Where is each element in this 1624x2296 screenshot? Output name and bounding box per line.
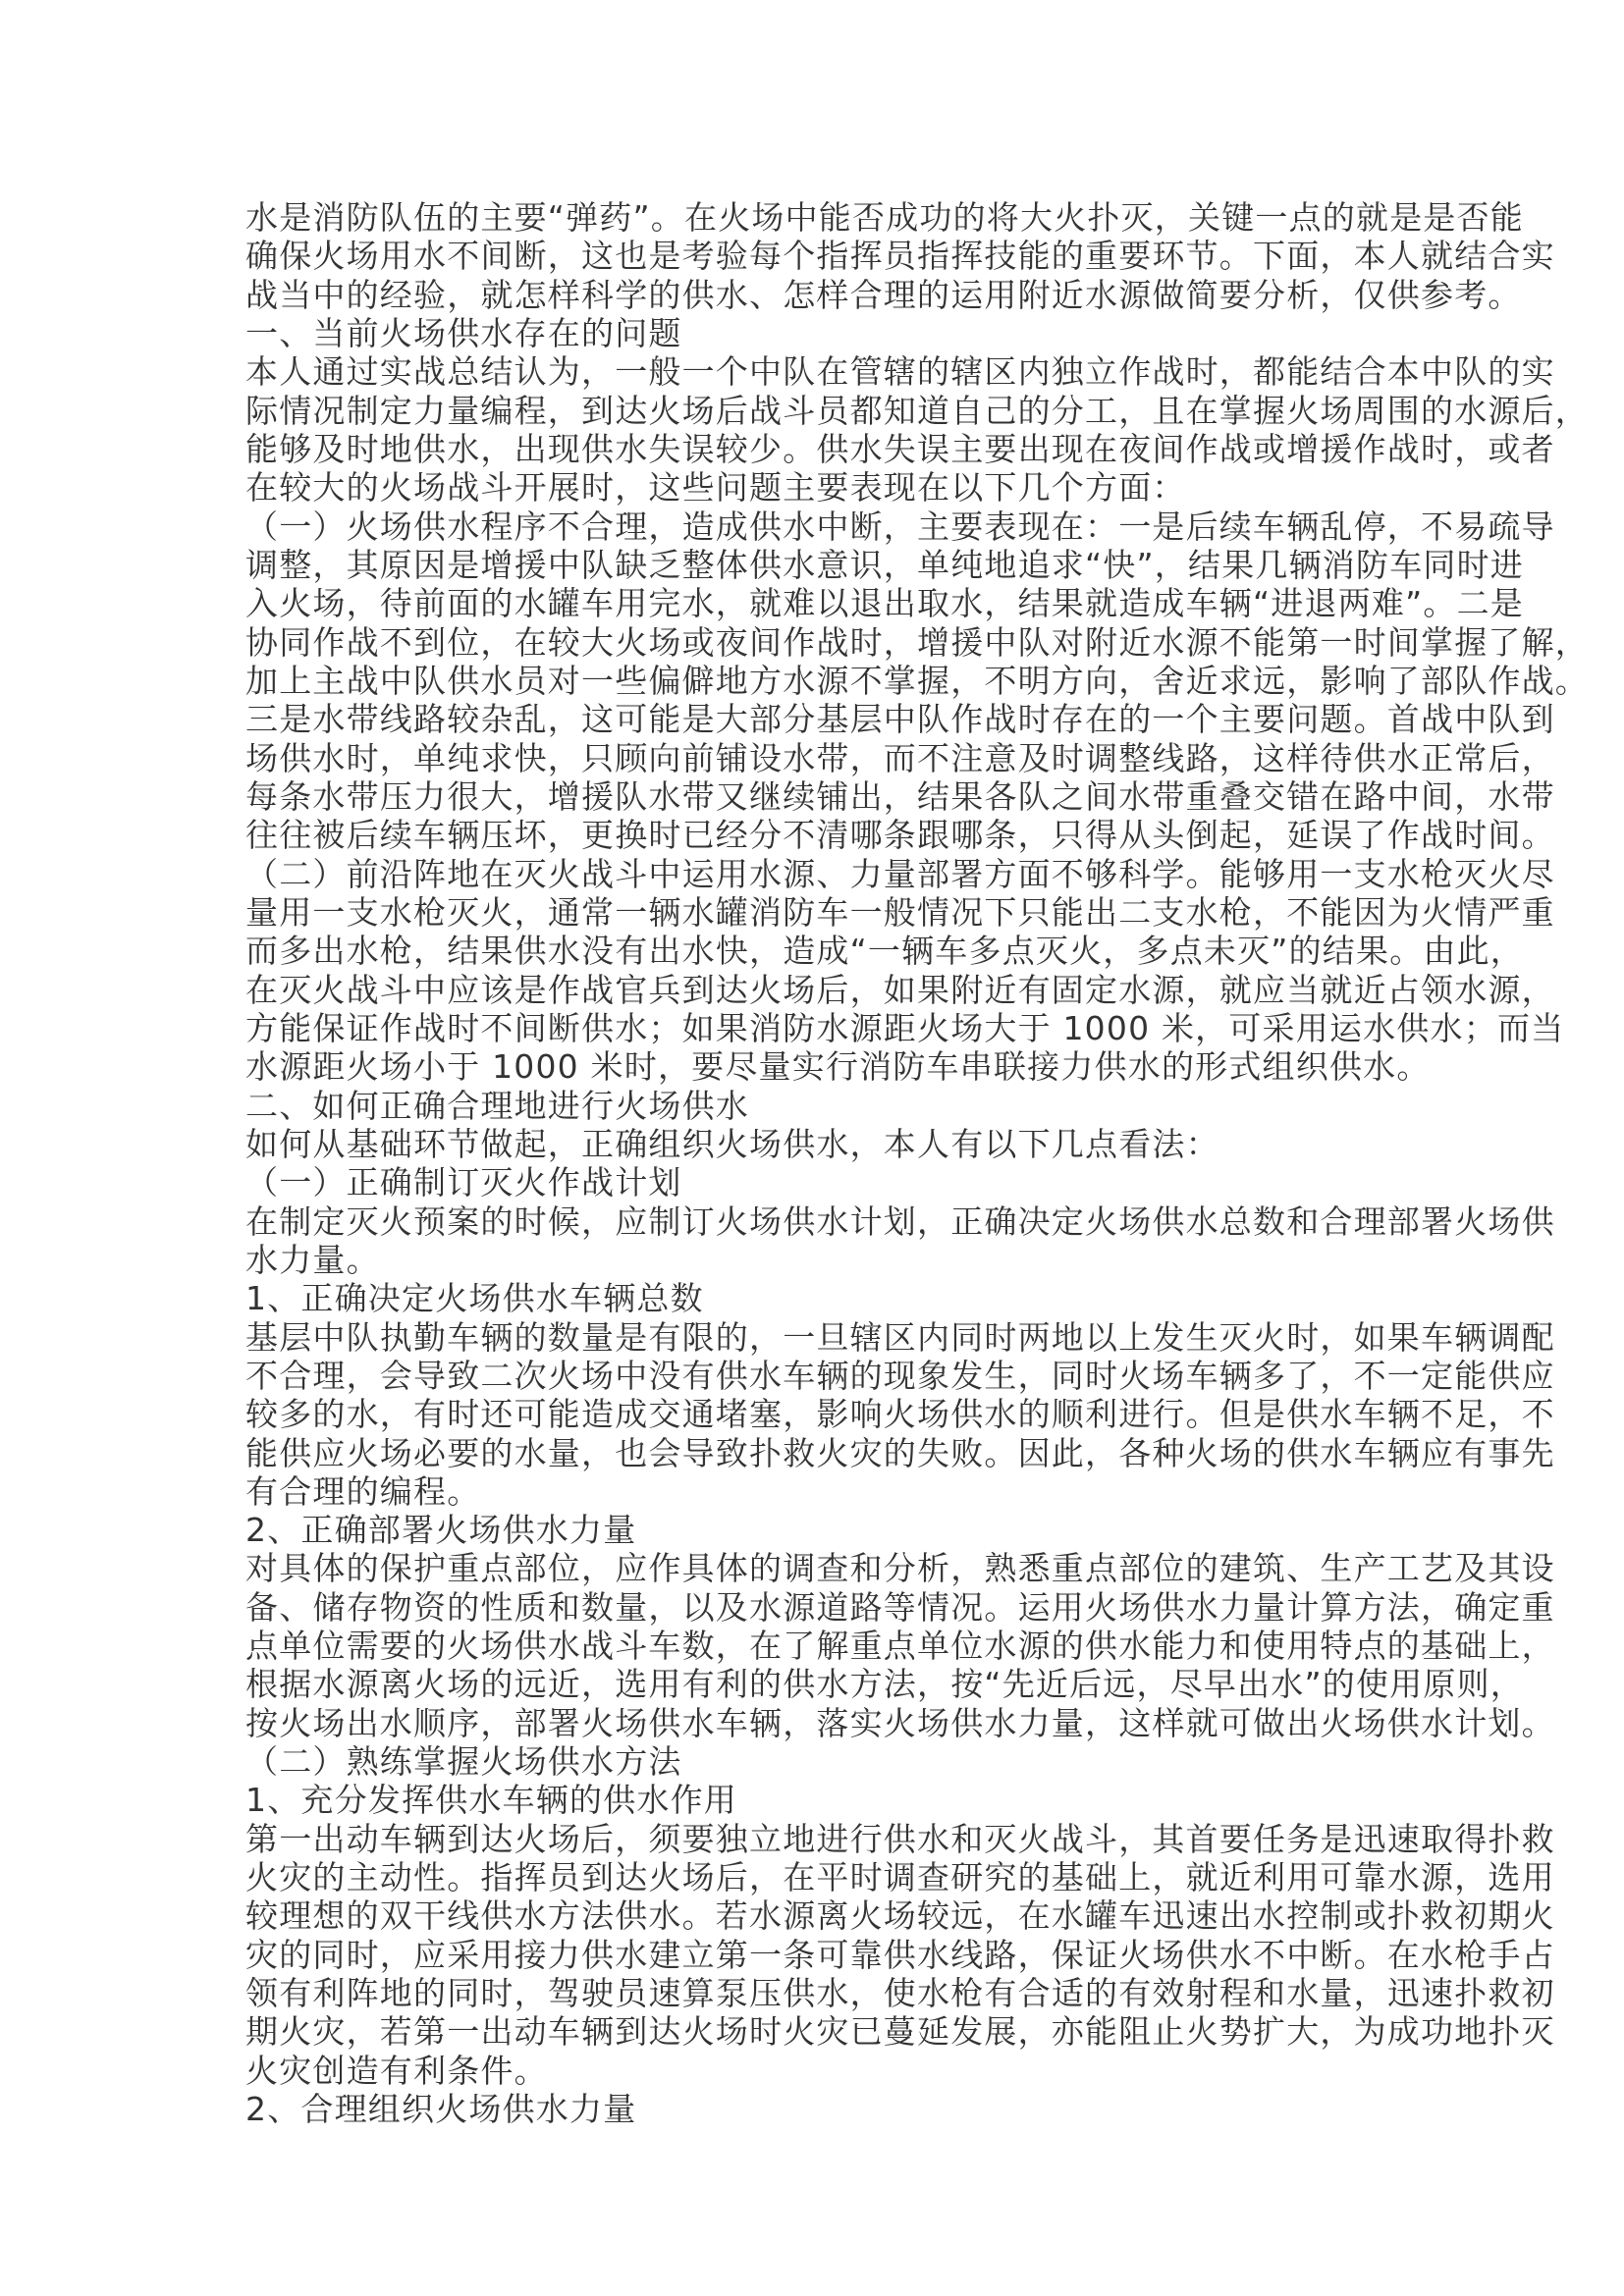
item-heading: 1、充分发挥供水车辆的供水作用 [245,1781,1375,1819]
text-line: 际情况制定力量编程，到达火场后战斗员都知道自己的分工，且在掌握火场周围的水源后， [245,392,1362,430]
item-heading: 1、正确决定火场供水车辆总数 [245,1279,1375,1317]
text-line: 确保火场用水不间断，这也是考验每个指挥员指挥技能的重要环节。下面，本人就结合实 [245,237,1362,275]
text-line: 对具体的保护重点部位，应作具体的调查和分析，熟悉重点部位的建筑、生产工艺及其设 [245,1549,1362,1587]
text-line: 根据水源离火场的远近，选用有利的供水方法，按“先近后远，尽早出水”的使用原则， [245,1665,1362,1703]
text-line: 而多出水枪，结果供水没有出水快，造成“一辆车多点灭火，多点未灭”的结果。由此， [245,932,1362,970]
text-line: 灾的同时，应采用接力供水建立第一条可靠供水线路，保证火场供水不中断。在水枪手占 [245,1936,1362,1974]
text-line: （二）前沿阵地在灭火战斗中运用水源、力量部署方面不够科学。能够用一支水枪灭火尽 [245,855,1362,893]
text-line: 备、储存物资的性质和数量，以及水源道路等情况。运用火场供水力量计算方法，确定重 [245,1588,1362,1627]
text-line: 场供水时，单纯求快，只顾向前铺设水带，而不注意及时调整线路，这样待供水正常后， [245,739,1375,777]
text-line: 协同作战不到位，在较大火场或夜间作战时，增援中队对附近水源不能第一时间掌握了解， [245,623,1362,662]
text-line: 量用一支水枪灭火，通常一辆水罐消防车一般情况下只能出二支水枪，不能因为火情严重 [245,893,1362,932]
text-line: 方能保证作战时不间断供水；如果消防水源距火场大于 1000 米，可采用运水供水；… [245,1009,1362,1047]
text-line: 每条水带压力很大，增援队水带又继续铺出，结果各队之间水带重叠交错在路中间，水带 [245,777,1362,816]
text-line: 基层中队执勤车辆的数量是有限的，一旦辖区内同时两地以上发生灭火时，如果车辆调配 [245,1318,1362,1357]
text-line: 在较大的火场战斗开展时，这些问题主要表现在以下几个方面： [245,468,1375,507]
section-heading: 二、如何正确合理地进行火场供水 [245,1087,1375,1125]
text-line: 在灭火战斗中应该是作战官兵到达火场后，如果附近有固定水源，就应当就近占领水源， [245,971,1362,1009]
text-line: 点单位需要的火场供水战斗车数，在了解重点单位水源的供水能力和使用特点的基础上， [245,1627,1362,1665]
text-line: 水源距火场小于 1000 米时，要尽量实行消防车串联接力供水的形式组织供水。 [245,1047,1375,1086]
text-line: 期火灾，若第一出动车辆到达火场时火灾已蔓延发展，亦能阻止火势扩大，为成功地扑灭 [245,2012,1362,2051]
text-line: 加上主战中队供水员对一些偏僻地方水源不掌握，不明方向，舍近求远，影响了部队作战。 [245,662,1362,700]
item-heading: 2、正确部署火场供水力量 [245,1511,1375,1549]
subsection-heading: （二）熟练掌握火场供水方法 [245,1742,1375,1781]
text-line: 较理想的双干线供水方法供水。若水源离火场较远，在水罐车迅速出水控制或扑救初期火 [245,1896,1362,1935]
text-line: 入火场，待前面的水罐车用完水，就难以退出取水，结果就造成车辆“进退两难”。二是 [245,584,1362,622]
text-line: 调整，其原因是增援中队缺乏整体供水意识，单纯地追求“快”，结果几辆消防车同时进 [245,546,1362,584]
text-line: 较多的水，有时还可能造成交通堵塞，影响火场供水的顺利进行。但是供水车辆不足，不 [245,1395,1362,1433]
text-line: 在制定灭火预案的时候，应制订火场供水计划，正确决定火场供水总数和合理部署火场供 [245,1202,1362,1241]
text-line: 能够及时地供水，出现供水失误较少。供水失误主要出现在夜间作战或增援作战时，或者 [245,430,1362,468]
text-line: （一）火场供水程序不合理，造成供水中断，主要表现在：一是后续车辆乱停，不易疏导 [245,507,1362,546]
text-line: 三是水带线路较杂乱，这可能是大部分基层中队作战时存在的一个主要问题。首战中队到 [245,700,1362,738]
document-page: 水是消防队伍的主要“弹药”。在火场中能否成功的将大火扑灭，关键一点的就是是否能 … [245,198,1375,2128]
subsection-heading: （一）正确制订灭火作战计划 [245,1163,1375,1201]
text-line: 如何从基础环节做起，正确组织火场供水，本人有以下几点看法： [245,1125,1375,1163]
text-line: 有合理的编程。 [245,1472,1375,1511]
text-line: 火灾的主动性。指挥员到达火场后，在平时调查研究的基础上，就近利用可靠水源，选用 [245,1858,1362,1896]
text-line: 火灾创造有利条件。 [245,2052,1375,2090]
item-heading: 2、合理组织火场供水力量 [245,2090,1375,2128]
section-heading: 一、当前火场供水存在的问题 [245,314,1375,352]
text-line: 按火场出水顺序，部署火场供水车辆，落实火场供水力量，这样就可做出火场供水计划。 [245,1704,1362,1742]
text-line: 能供应火场必要的水量，也会导致扑救火灾的失败。因此，各种火场的供水车辆应有事先 [245,1434,1362,1472]
text-line: 不合理，会导致二次火场中没有供水车辆的现象发生，同时火场车辆多了，不一定能供应 [245,1357,1362,1395]
text-line: 水是消防队伍的主要“弹药”。在火场中能否成功的将大火扑灭，关键一点的就是是否能 [245,198,1362,237]
text-line: 领有利阵地的同时，驾驶员速算泵压供水，使水枪有合适的有效射程和水量，迅速扑救初 [245,1974,1362,2012]
text-line: 第一出动车辆到达火场后，须要独立地进行供水和灭火战斗，其首要任务是迅速取得扑救 [245,1820,1362,1858]
text-line: 战当中的经验，就怎样科学的供水、怎样合理的运用附近水源做简要分析，仅供参考。 [245,276,1375,314]
text-line: 水力量。 [245,1241,1375,1279]
text-line: 往往被后续车辆压坏，更换时已经分不清哪条跟哪条，只得从头倒起，延误了作战时间。 [245,816,1362,854]
text-line: 本人通过实战总结认为，一般一个中队在管辖的辖区内独立作战时，都能结合本中队的实 [245,352,1362,391]
